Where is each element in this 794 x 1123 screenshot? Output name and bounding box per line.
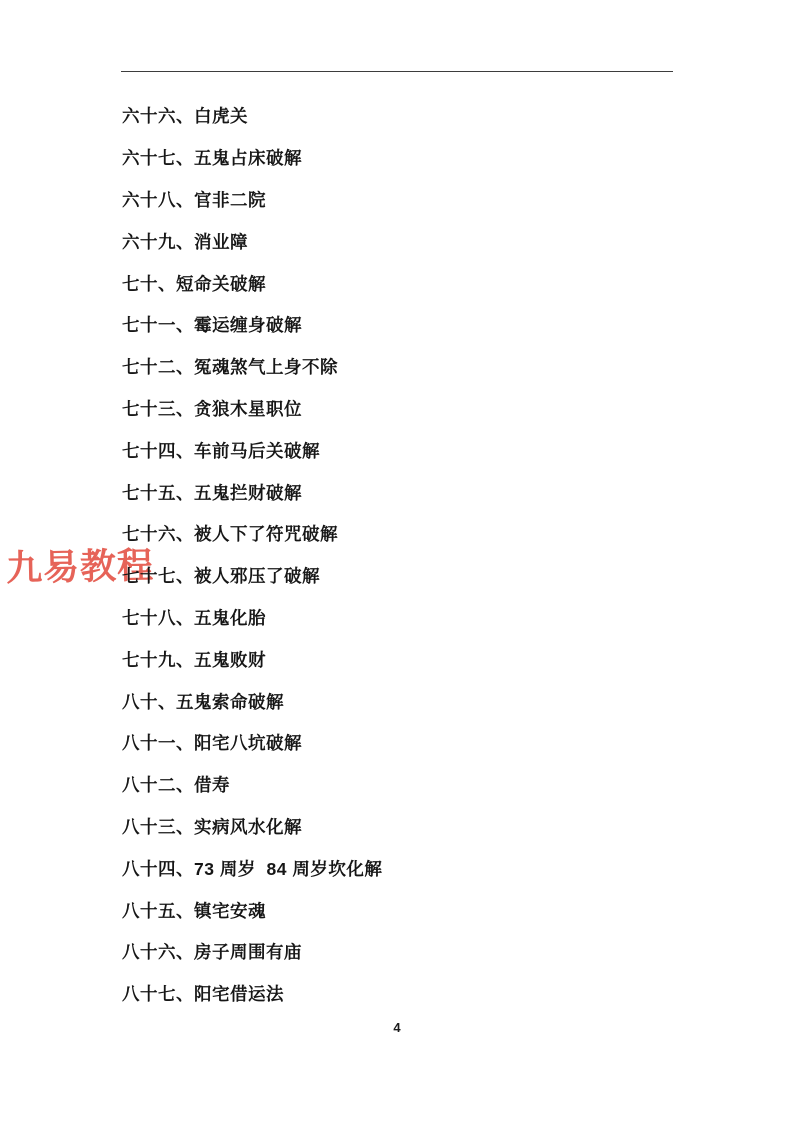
list-item: 六十七、五鬼占床破解 [122, 137, 382, 179]
list-item: 六十六、白虎关 [122, 95, 382, 137]
list-item: 七十八、五鬼化胎 [122, 597, 382, 639]
list-item: 七十、短命关破解 [122, 262, 382, 304]
list-item: 八十五、镇宅安魂 [122, 889, 382, 931]
list-item: 八十、五鬼索命破解 [122, 680, 382, 722]
list-item: 六十九、消业障 [122, 220, 382, 262]
list-item: 七十五、五鬼拦财破解 [122, 471, 382, 513]
list-item: 七十二、冤魂煞气上身不除 [122, 346, 382, 388]
list-item: 六十八、官非二院 [122, 179, 382, 221]
list-item: 七十九、五鬼败财 [122, 638, 382, 680]
list-item: 七十七、被人邪压了破解 [122, 555, 382, 597]
list-item: 八十四、73 周岁 84 周岁坎化解 [122, 847, 382, 889]
list-item: 七十三、贪狼木星职位 [122, 388, 382, 430]
list-item: 七十四、车前马后关破解 [122, 429, 382, 471]
page-number: 4 [0, 1020, 794, 1035]
list-item: 八十二、借寿 [122, 764, 382, 806]
list-item: 八十七、阳宅借运法 [122, 973, 382, 1015]
toc-list: 六十六、白虎关六十七、五鬼占床破解六十八、官非二院六十九、消业障七十、短命关破解… [122, 95, 382, 1015]
document-page: 九易教程 六十六、白虎关六十七、五鬼占床破解六十八、官非二院六十九、消业障七十、… [0, 0, 794, 1123]
list-item: 七十六、被人下了符咒破解 [122, 513, 382, 555]
list-item: 七十一、霉运缠身破解 [122, 304, 382, 346]
header-divider [121, 71, 673, 72]
list-item: 八十六、房子周围有庙 [122, 931, 382, 973]
list-item: 八十一、阳宅八坑破解 [122, 722, 382, 764]
list-item: 八十三、实病风水化解 [122, 806, 382, 848]
